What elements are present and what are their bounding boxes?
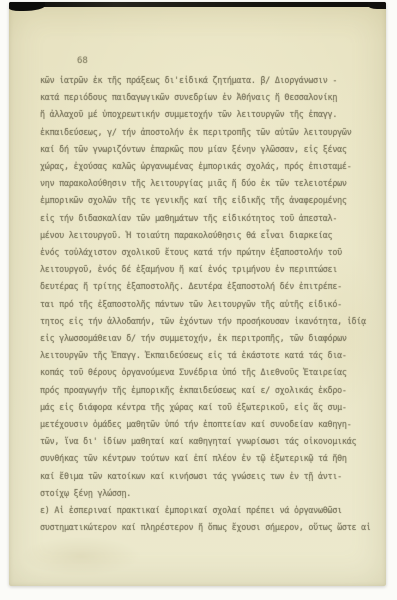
page-top-edge-shadow	[9, 2, 386, 7]
text-line: καί ἔθιμα τῶν κατοίκων καί κινήσωσι τάς …	[40, 468, 380, 485]
text-line: κατά περιόδους παιδαγωγικῶν συνεδρίων ἐν…	[40, 89, 380, 106]
text-block: κῶν ἰατρῶν ἐκ τῆς πράξεως δι'εἰδικά ζητή…	[40, 72, 380, 536]
text-line: ἐκπαιδεύσεως, γ/ τήν ἀποστολήν ἐκ περιτρ…	[40, 124, 380, 141]
text-line: δευτέρας ἤ τρίτης ἐξαποστολῆς. Δευτέρα ἐ…	[40, 278, 380, 295]
text-line: συστηματικώτερον καί πληρέστερον ἤ ὅπως …	[40, 519, 380, 536]
top-right-edge-shadow	[368, 2, 386, 9]
text-line: συνθήκας τῶν κέντρων τούτων καί ἐπί πλέο…	[40, 450, 380, 467]
text-line: ἤ ἀλλαχοῦ μέ ὑποχρεωτικήν συμμετοχήν τῶν…	[40, 106, 380, 123]
text-line: νην παρακολούθησιν τῆς λειτουργίας μιᾶς …	[40, 175, 380, 192]
top-left-edge-shadow	[9, 2, 45, 11]
document-page: 68 κῶν ἰατρῶν ἐκ τῆς πράξεως δι'εἰδικά ζ…	[9, 2, 386, 586]
text-line: καί δή τῶν γνωριζόντων ἐπαρκῶς που μίαν …	[40, 141, 380, 158]
page-number: 68	[77, 56, 88, 66]
text-line: ἑνός τοὐλάχιστον σχολικοῦ ἔτους κατά τήν…	[40, 244, 380, 261]
scanner-background: 68 κῶν ἰατρῶν ἐκ τῆς πράξεως δι'εἰδικά ζ…	[0, 0, 397, 600]
text-line: ται πρό τῆς ἐξαποστολῆς πάντων τῶν λειτο…	[40, 296, 380, 313]
text-line: μετέχουσιν ὁμάδες μαθητῶν ὑπό τήν ἐποπτε…	[40, 416, 380, 433]
text-line: εἰς τήν διδασκαλίαν τῶν μαθημάτων τῆς εἰ…	[40, 210, 380, 227]
text-line: εἰς γλωσσομάθειαν δ/ τήν συμμετοχήν, ἐκ …	[40, 330, 380, 347]
text-line: ἐμπορικῶν σχολῶν τῆς τε γενικῆς καί τῆς …	[40, 192, 380, 209]
text-line: πρός προαγωγήν τῆς ἐμπορικῆς ἐκπαιδεύσεω…	[40, 382, 380, 399]
text-line: στοίχῳ ξένῃ γλώσσῃ.	[40, 485, 380, 502]
text-line: μένου λειτουργοῦ. Ἡ τοιαύτη παρακολούθησ…	[40, 227, 380, 244]
text-line: τῶν, ἵνα δι' ἰδίων μαθηταί καί καθηγηταί…	[40, 433, 380, 450]
text-line: λειτουργῶν τῆς Ἐπαγγ. Ἐκπαιδεύσεως εἰς τ…	[40, 347, 380, 364]
text-line: λειτουργοῦ, ἑνός δέ ἑξαμήνου ἤ καί ἑνός …	[40, 261, 380, 278]
text-line: κῶν ἰατρῶν ἐκ τῆς πράξεως δι'εἰδικά ζητή…	[40, 72, 380, 89]
paper-stain	[21, 536, 141, 576]
text-line: τητος εἰς τήν ἀλλοδαπήν, τῶν ἐχόντων τήν…	[40, 313, 380, 330]
text-line: ε) Αἱ ἑσπεριναί πρακτικαί ἐμπορικαί σχολ…	[40, 502, 380, 519]
text-line: κοπάς τοῦ θέρους ὀργανούμενα Συνέδρια ὑπ…	[40, 364, 380, 381]
text-line: χώρας, ἐχούσας καλῶς ὠργανωμένας ἐμπορικ…	[40, 158, 380, 175]
text-line: μάς εἰς διάφορα κέντρα τῆς χώρας καί τοῦ…	[40, 399, 380, 416]
